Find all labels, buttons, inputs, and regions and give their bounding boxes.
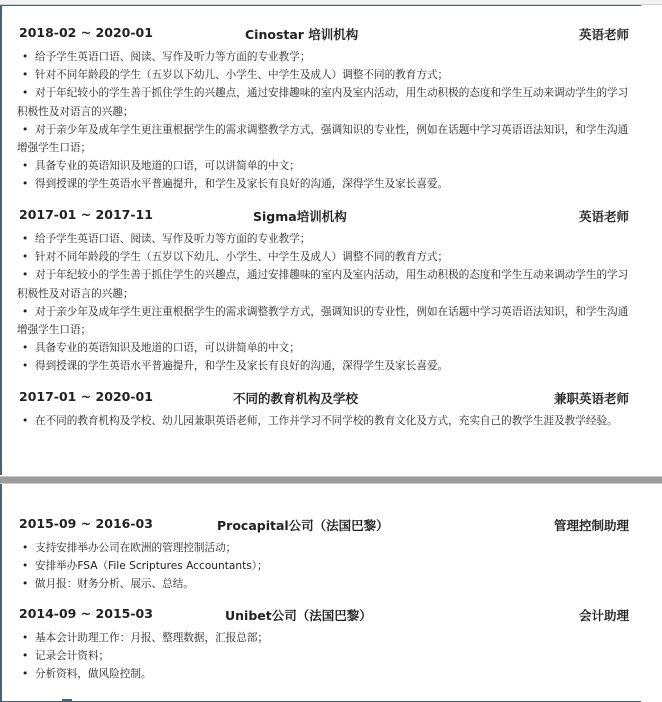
duty-item: •得到授课的学生英语水平普遍提升，和学生及家长有良好的沟通，深得学生及家长喜爱。: [17, 357, 629, 375]
job-organization: Cinostar 培训机构: [245, 25, 358, 43]
job-entry-procapital: 2015-09 ~ 2016-03 Procapital公司（法国巴黎） 管理控…: [17, 516, 629, 594]
job-organization: Unibet公司（法国巴黎）: [225, 606, 372, 624]
job-role: 英语老师: [579, 25, 629, 43]
job-entry-part-time: 2017-01 ~ 2020-01 不同的教育机构及学校 兼职英语老师 •在不同…: [17, 389, 629, 430]
job-date: 2015-09 ~ 2016-03: [19, 516, 153, 531]
job-entry-unibet: 2014-09 ~ 2015-03 Unibet公司（法国巴黎） 会计助理 •基…: [17, 606, 629, 684]
job-date: 2017-01 ~ 2020-01: [19, 389, 153, 404]
duty-item: •安排举办FSA（File Scriptures Accountants）；: [17, 557, 629, 575]
job-entry-sigma: 2017-01 ~ 2017-11 Sigma培训机构 英语老师 •给予学生英语…: [17, 207, 629, 376]
job-duties: •基本会计助理工作：月报、整理数据，汇报总部； •记录会计资料； •分析资料，做…: [17, 629, 629, 684]
job-duties: •给予学生英语口语、阅读、写作及听力等方面的专业教学； •针对不同年龄段的学生（…: [17, 230, 629, 376]
job-header: 2014-09 ~ 2015-03 Unibet公司（法国巴黎） 会计助理: [17, 606, 629, 626]
duty-item: •具备专业的英语知识及地道的口语，可以讲简单的中文；: [17, 339, 629, 357]
job-organization: Sigma培训机构: [253, 207, 347, 225]
job-header: 2017-01 ~ 2020-01 不同的教育机构及学校 兼职英语老师: [17, 389, 629, 409]
duty-item: •对于年纪较小的学生善于抓住学生的兴趣点，通过安排趣味的室内及室内活动，用生动积…: [17, 84, 629, 120]
duty-item: •针对不同年龄段的学生（五岁以下幼儿、小学生、中学生及成人）调整不同的教育方式；: [17, 248, 629, 266]
job-duties: •在不同的教育机构及学校、幼儿园兼职英语老师，工作并学习不同学校的教育文化及方式…: [17, 412, 629, 430]
duty-item: •得到授课的学生英语水平普遍提升，和学生及家长有良好的沟通，深得学生及家长喜爱。: [17, 175, 629, 193]
job-date: 2017-01 ~ 2017-11: [19, 207, 153, 222]
duty-item: •分析资料，做风险控制。: [17, 665, 629, 683]
job-duties: •给予学生英语口语、阅读、写作及听力等方面的专业教学； •针对不同年龄段的学生（…: [17, 48, 629, 194]
job-duties: •支持安排举办公司在欧洲的管理控制活动； •安排举办FSA（File Scrip…: [17, 539, 629, 594]
job-organization: 不同的教育机构及学校: [233, 389, 358, 407]
job-role: 英语老师: [579, 207, 629, 225]
duty-item: •对于亲少年及成年学生更注重根据学生的需求调整教学方式，强调知识的专业性，例如在…: [17, 303, 629, 339]
duty-item: •给予学生英语口语、阅读、写作及听力等方面的专业教学；: [17, 48, 629, 66]
resume-page-1: 2018-02 ~ 2020-01 Cinostar 培训机构 英语老师 •给予…: [0, 5, 641, 475]
duty-item: •基本会计助理工作：月报、整理数据，汇报总部；: [17, 629, 629, 647]
duty-item: •对于亲少年及成年学生更注重根据学生的需求调整教学方式，强调知识的专业性，例如在…: [17, 121, 629, 157]
job-header: 2018-02 ~ 2020-01 Cinostar 培训机构 英语老师: [17, 25, 629, 45]
duty-item: •在不同的教育机构及学校、幼儿园兼职英语老师，工作并学习不同学校的教育文化及方式…: [17, 412, 629, 430]
duty-item: •针对不同年龄段的学生（五岁以下幼儿、小学生、中学生及成人）调整不同的教育方式；: [17, 66, 629, 84]
job-entry-cinostar: 2018-02 ~ 2020-01 Cinostar 培训机构 英语老师 •给予…: [17, 25, 629, 194]
job-header: 2017-01 ~ 2017-11 Sigma培训机构 英语老师: [17, 207, 629, 227]
job-organization: Procapital公司（法国巴黎）: [217, 516, 389, 534]
duty-item: •做月报：财务分析、展示、总结。: [17, 575, 629, 593]
duty-item: •具备专业的英语知识及地道的口语，可以讲简单的中文；: [17, 157, 629, 175]
duty-item: •对于年纪较小的学生善于抓住学生的兴趣点，通过安排趣味的室内及室内活动，用生动积…: [17, 266, 629, 302]
job-header: 2015-09 ~ 2016-03 Procapital公司（法国巴黎） 管理控…: [17, 516, 629, 536]
page-separator: [0, 476, 662, 484]
job-date: 2018-02 ~ 2020-01: [19, 25, 153, 40]
duty-item: •给予学生英语口语、阅读、写作及听力等方面的专业教学；: [17, 230, 629, 248]
duty-item: •支持安排举办公司在欧洲的管理控制活动；: [17, 539, 629, 557]
job-role: 会计助理: [579, 606, 629, 624]
job-role: 管理控制助理: [554, 516, 629, 534]
resume-page-2: 2015-09 ~ 2016-03 Procapital公司（法国巴黎） 管理控…: [0, 484, 641, 702]
job-date: 2014-09 ~ 2015-03: [19, 606, 153, 621]
duty-item: •记录会计资料；: [17, 647, 629, 665]
job-role: 兼职英语老师: [554, 389, 629, 407]
